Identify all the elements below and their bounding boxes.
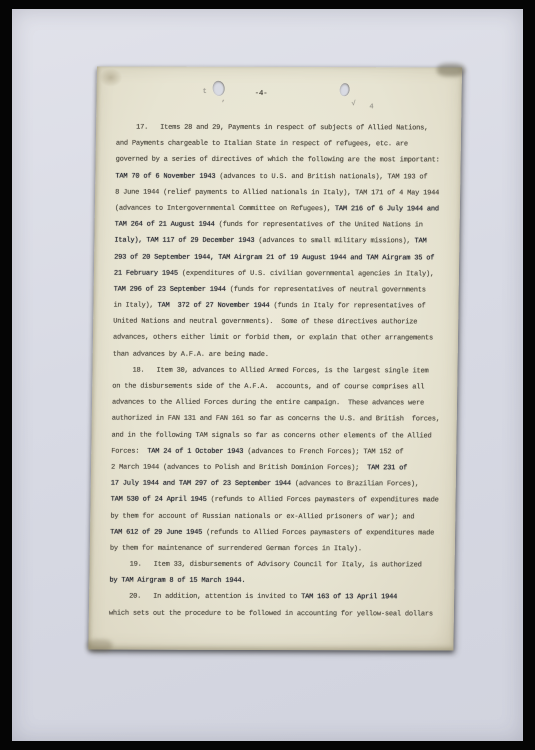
typed-segment: 18. Item 30, advances to Allied Armed Fo… (112, 366, 428, 375)
corner-stain-top-left (95, 65, 127, 91)
typed-segment: TAM 216 of 6 July 1944 and (335, 205, 439, 213)
typed-segment: governed by a series of directives of wh… (116, 156, 440, 165)
typed-segment: (refunds to Allied Forces paymasters of … (207, 496, 439, 505)
punch-hole-left (212, 80, 226, 96)
typed-line: United Nations and neutral governments).… (113, 314, 449, 331)
typed-segment: TAM 70 of 6 November 1943 (115, 172, 215, 180)
typed-segment: on the disbursements side of the A.F.A. … (112, 383, 424, 392)
typed-segment: (advances to French Forces); TAM 152 of (243, 448, 403, 456)
corner-stain-top-right (437, 63, 465, 76)
typed-line: 17 July 1944 and TAM 297 of 23 September… (111, 476, 447, 493)
typed-segment: Italy), TAM 117 of 29 December 1943 (114, 237, 254, 245)
typed-segment: (advances to Brazilian Forces), (291, 480, 419, 488)
typed-segment: Forces: (111, 447, 147, 455)
typed-line: advances to the Allied Forces during the… (112, 395, 448, 412)
pencil-mark: , (221, 96, 225, 104)
pencil-mark: √ (351, 100, 355, 108)
corner-stain-bottom-left (86, 640, 112, 652)
typed-segment: 17 July 1944 and TAM 297 of 23 September… (111, 480, 291, 488)
typed-line: 293 of 20 September 1944, TAM Airgram 21… (114, 249, 450, 266)
typed-segment: TAM 612 of 29 June 1945 (110, 528, 202, 536)
typed-line: governed by a series of directives of wh… (115, 152, 451, 169)
typed-line: by TAM Airgram 8 of 15 March 1944. (109, 573, 445, 590)
typed-segment: (funds for representatives of neutral go… (226, 286, 426, 295)
typed-segment: advances, others either limit or forbid … (113, 334, 433, 343)
pencil-mark: 4 (369, 103, 373, 111)
typed-text-body: 17. Items 28 and 29, Payments in respect… (109, 120, 452, 623)
typed-segment: than advances by A.F.A. are being made. (113, 350, 269, 358)
typed-segment: (advances to Intergovernmental Committee… (115, 205, 335, 214)
typed-line: TAM 612 of 29 June 1945 (refunds to Alli… (110, 524, 446, 541)
typed-segment: (expenditures of U.S. civilian governmen… (178, 269, 434, 278)
typed-line: advances, others either limit or forbid … (113, 330, 449, 347)
backing-mat: -4- 17. Items 28 and 29, Payments in res… (12, 9, 523, 741)
typed-segment: TAM (414, 238, 426, 246)
typed-segment: TAM 163 of 13 April 1944 (301, 594, 397, 602)
typed-line: and in the following TAM signals so far … (111, 427, 447, 444)
typed-line: in Italy), TAM 372 of 27 November 1944 (… (113, 298, 449, 315)
typed-line: Italy), TAM 117 of 29 December 1943 (adv… (114, 233, 450, 250)
typed-segment: TAM 372 of 27 November 1944 (157, 302, 269, 310)
typed-line: by them for maintenance of surrendered G… (110, 540, 446, 557)
typed-segment: and Payments chargeable to Italian State… (116, 140, 408, 149)
typed-segment: TAM 264 of 21 August 1944 (115, 221, 215, 229)
typed-line: 20. In addition, attention is invited to… (109, 589, 445, 606)
typed-segment: (refunds to Allied Forces paymasters of … (202, 529, 434, 538)
typed-segment: TAM 24 of 1 October 1943 (147, 447, 243, 455)
typed-line: than advances by A.F.A. are being made. (113, 346, 449, 363)
typed-line: TAM 70 of 6 November 1943 (advances to U… (115, 168, 451, 185)
typed-segment: (funds in Italy for representatives of (269, 302, 425, 310)
typed-segment: which sets out the procedure to be follo… (109, 609, 433, 618)
typed-segment: TAM 296 of 23 September 1944 (114, 285, 226, 293)
pencil-marks-layer (97, 67, 462, 68)
typed-segment: advances to the Allied Forces during the… (112, 399, 424, 408)
typed-segment: by TAM Airgram 8 of 15 March 1944. (109, 577, 245, 585)
page-number: -4- (255, 90, 268, 98)
typed-line: 21 February 1945 (expenditures of U.S. c… (114, 265, 450, 282)
typed-segment: (funds for representatives of the United… (215, 221, 423, 230)
typed-segment: TAM 530 of 24 April 1945 (111, 496, 207, 504)
typed-segment: 20. In addition, attention is invited to (109, 593, 301, 602)
typed-line: authorized in FAN 131 and FAN 161 so far… (112, 411, 448, 428)
typed-segment: and in the following TAM signals so far … (111, 431, 431, 440)
typed-line: 18. Item 30, advances to Allied Armed Fo… (112, 362, 448, 379)
photo-backdrop: -4- 17. Items 28 and 29, Payments in res… (0, 0, 535, 750)
typed-segment: TAM 231 of (367, 464, 407, 472)
typed-segment: by them for maintenance of surrendered G… (110, 544, 362, 553)
typed-line: on the disbursements side of the A.F.A. … (112, 379, 448, 396)
pencil-mark: t (203, 88, 207, 96)
typed-segment: 19. Item 33, disbursements of Advisory C… (110, 561, 422, 570)
typed-segment: 17. Items 28 and 29, Payments in respect… (116, 124, 428, 133)
typed-line: Forces: TAM 24 of 1 October 1943 (advanc… (111, 443, 447, 460)
typed-line: TAM 530 of 24 April 1945 (refunds to All… (110, 492, 446, 509)
typed-line: 19. Item 33, disbursements of Advisory C… (109, 557, 445, 574)
typed-line: 8 June 1944 (relief payments to Allied n… (115, 184, 451, 201)
typed-segment: (advances to small military missions), (254, 237, 414, 245)
typed-line: by them for account of Russian nationals… (110, 508, 446, 525)
typed-segment: authorized in FAN 131 and FAN 161 so far… (112, 415, 440, 424)
typed-line: TAM 296 of 23 September 1944 (funds for … (114, 281, 450, 298)
typed-line: TAM 264 of 21 August 1944 (funds for rep… (115, 217, 451, 234)
typed-segment: 21 February 1945 (114, 269, 178, 277)
typed-line: which sets out the procedure to be follo… (109, 605, 445, 622)
typed-segment: in Italy), (113, 302, 157, 310)
typed-segment: (advances to U.S. and British nationals)… (215, 172, 427, 181)
typed-segment: United Nations and neutral governments).… (113, 318, 417, 327)
typed-segment: 293 of 20 September 1944, TAM Airgram 21… (114, 253, 434, 262)
typed-line: 17. Items 28 and 29, Payments in respect… (116, 120, 452, 137)
typed-segment: by them for account of Russian nationals… (110, 512, 414, 521)
typed-segment: 2 March 1944 (advances to Polish and Bri… (111, 464, 367, 473)
typed-line: and Payments chargeable to Italian State… (116, 136, 452, 153)
typed-line: (advances to Intergovernmental Committee… (115, 201, 451, 218)
punch-hole-right (339, 83, 350, 97)
typed-line: 2 March 1944 (advances to Polish and Bri… (111, 460, 447, 477)
typed-segment: 8 June 1944 (relief payments to Allied n… (115, 188, 439, 197)
document-page: -4- 17. Items 28 and 29, Payments in res… (88, 67, 462, 651)
